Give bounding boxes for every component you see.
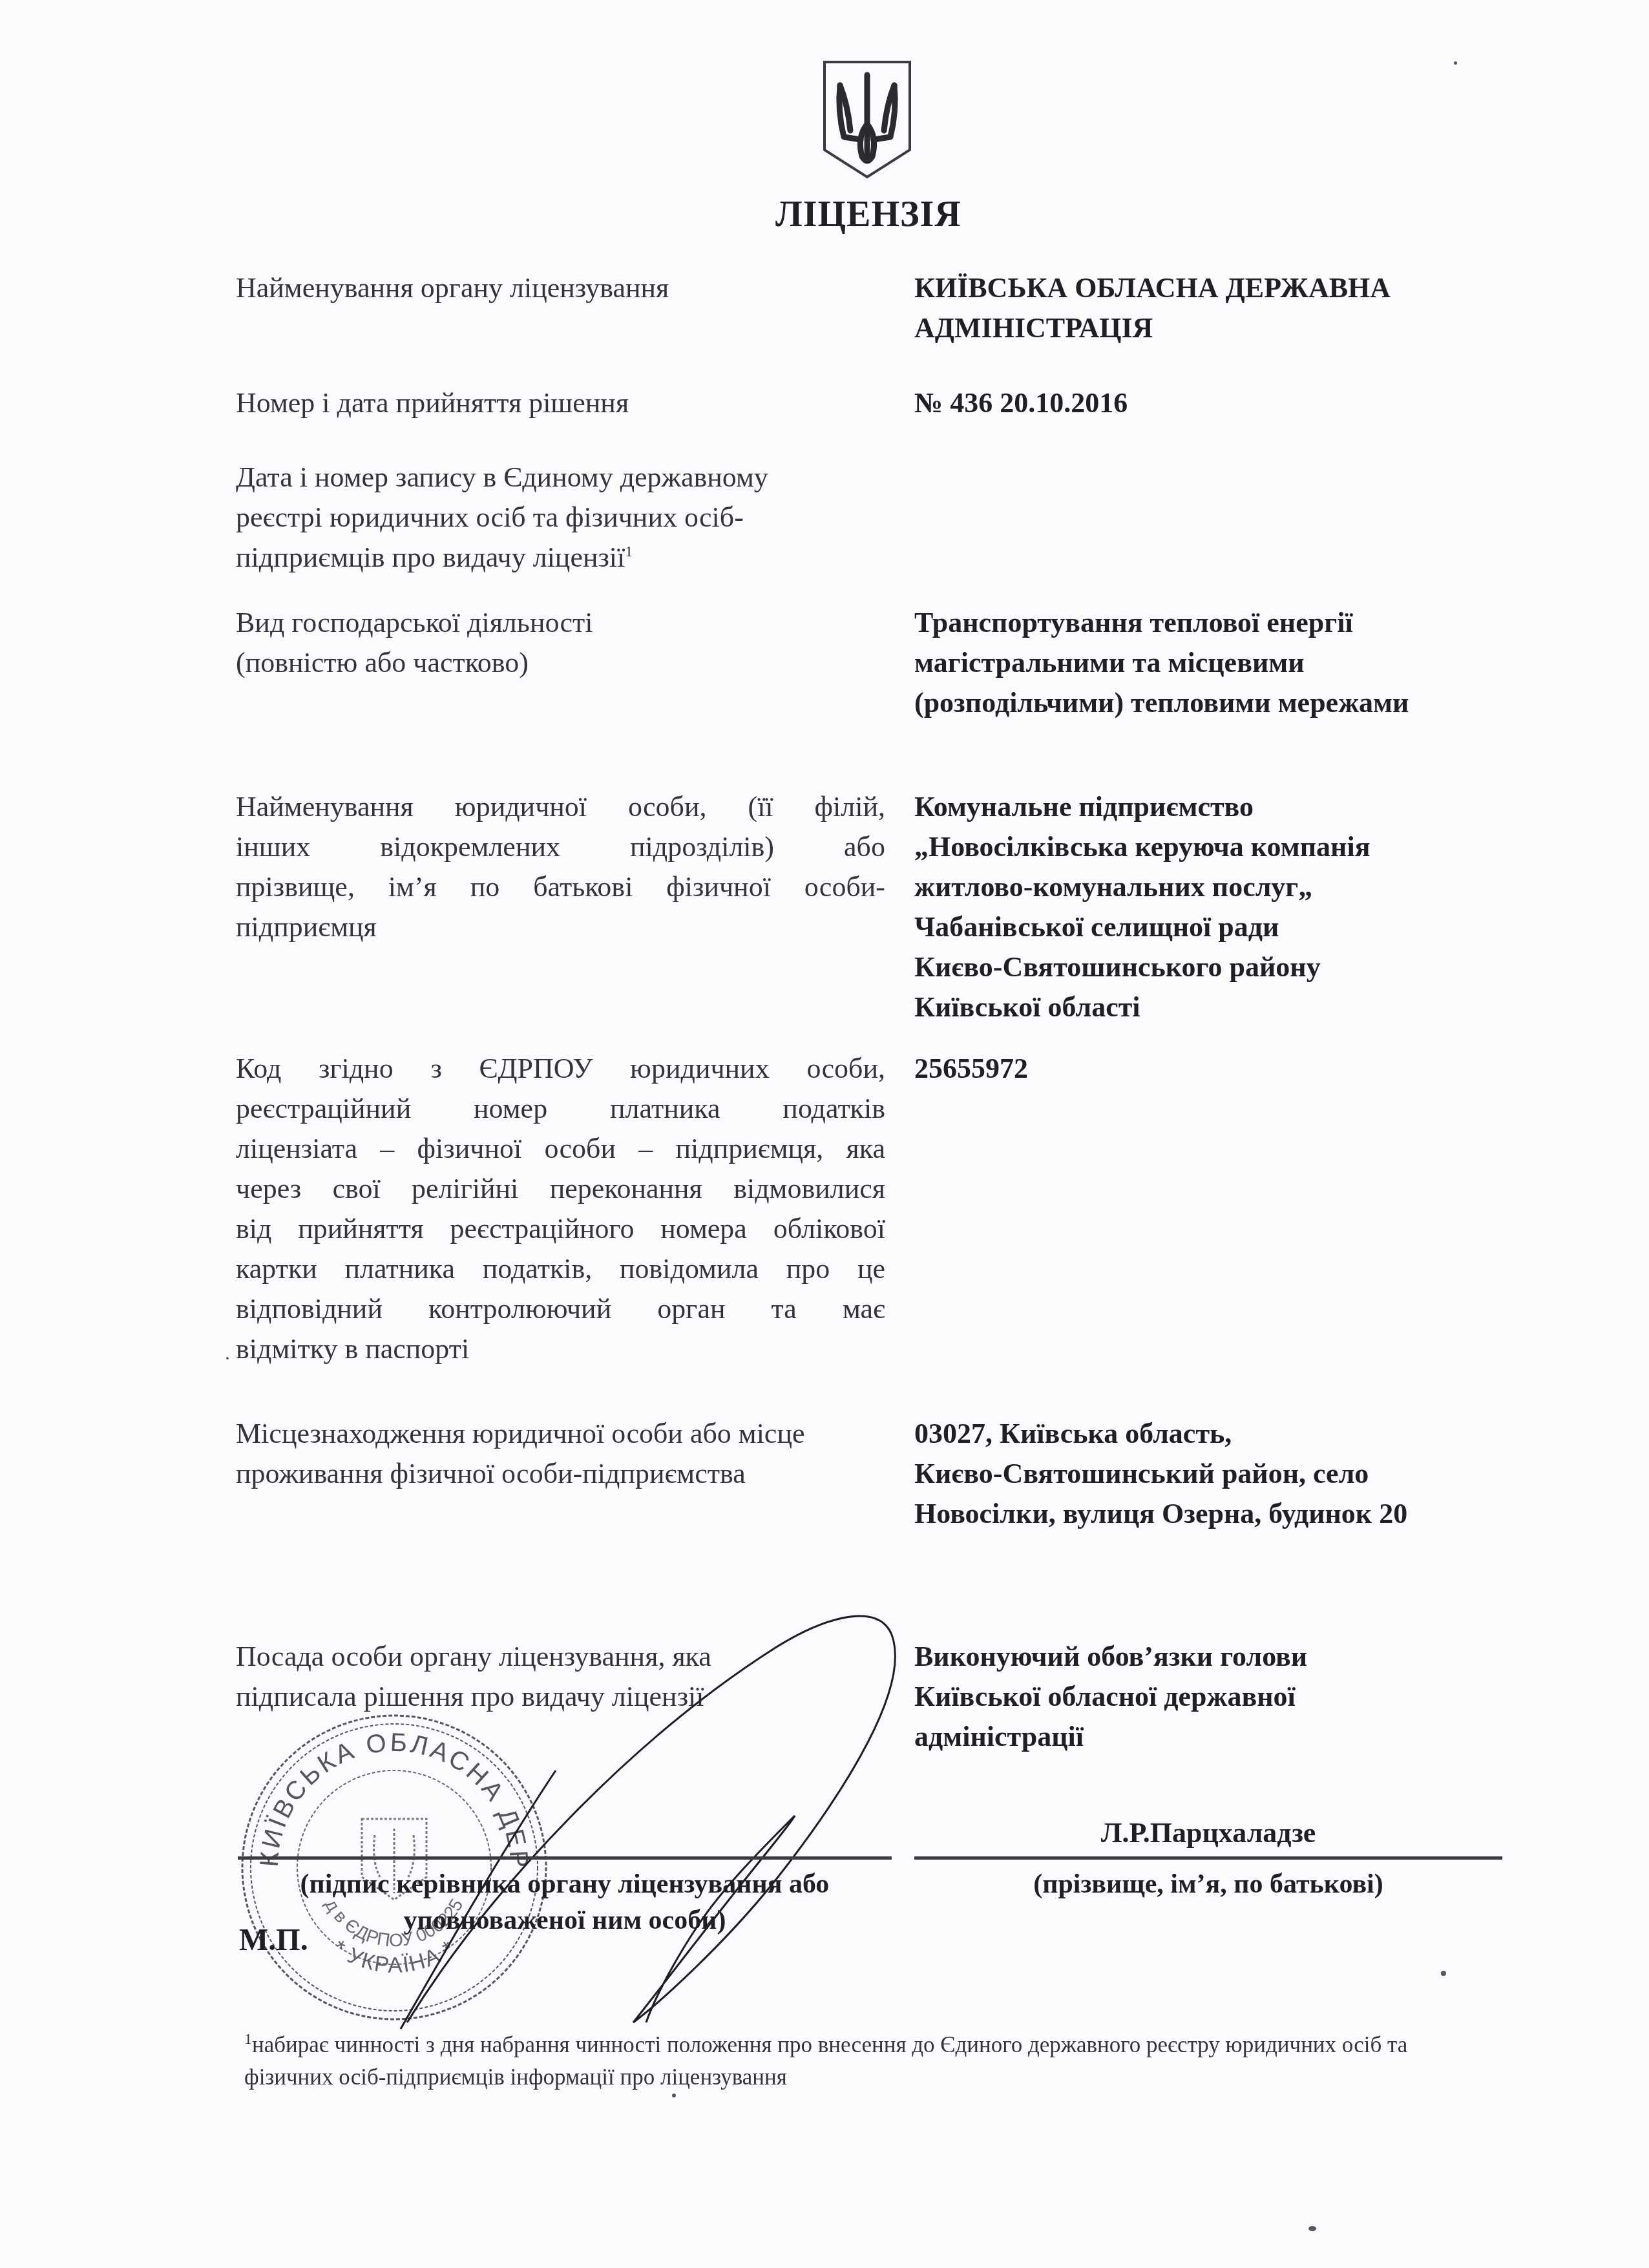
edrpou-code-value: 25655972: [914, 1049, 1302, 1089]
document-title: ЛІЦЕНЗІЯ: [775, 194, 956, 235]
signature-caption-right: (прізвище, ім’я, по батькові): [914, 1866, 1502, 1902]
licensing-authority-value: КИЇВСЬКА ОБЛАСНА ДЕРЖАВНА АДМІНІСТРАЦІЯ: [914, 268, 1560, 348]
scan-speck: [1441, 1971, 1446, 1976]
scan-speck: [1308, 2226, 1316, 2231]
footnote-mark: 1: [244, 2031, 252, 2048]
decision-number-date-label: Номер і дата прийняття рішення: [236, 383, 882, 423]
scan-speck: [226, 1357, 229, 1360]
scan-speck: [1454, 61, 1457, 65]
signature-line-right: [914, 1856, 1502, 1860]
stamp-place-mark: М.П.: [239, 1922, 308, 1958]
footnote: 1набирає чинності з дня набрання чинност…: [244, 2029, 1537, 2094]
legal-entity-name-label: Найменування юридичної особи, (її філій,…: [236, 787, 885, 947]
location-label: Місцезнаходження юридичної особи або міс…: [236, 1414, 885, 1494]
activity-type-label: Вид господарської діяльності (повністю а…: [236, 603, 882, 683]
signer-name: Л.Р.Парцхаладзе: [914, 1813, 1502, 1853]
legal-entity-name-value: Комунальне підприємство „Новосілківська …: [914, 787, 1593, 1027]
location-value: 03027, Київська область, Києво-Святошинс…: [914, 1414, 1625, 1534]
decision-number-date-value: № 436 20.10.2016: [914, 383, 1560, 423]
activity-type-value: Транспортування теплової енергії магістр…: [914, 603, 1560, 723]
edrpou-code-label: Код згідно з ЄДРПОУ юридичних особи, реє…: [236, 1049, 885, 1369]
register-entry-label: Дата і номер запису в Єдиному державному…: [236, 457, 882, 578]
signer-position-value: Виконуючий обов’язки голови Київської об…: [914, 1637, 1560, 1757]
signature-line-left: [238, 1856, 892, 1860]
signature-caption-left: (підпис керівника органу ліцензування аб…: [238, 1866, 892, 1938]
handwritten-signature: [362, 1577, 943, 2042]
footnote-mark: 1: [625, 543, 633, 560]
trident-coat-of-arms-icon: [822, 59, 912, 179]
scan-speck: [672, 2094, 676, 2097]
licensing-authority-label: Найменування органу ліцензування: [236, 268, 882, 308]
